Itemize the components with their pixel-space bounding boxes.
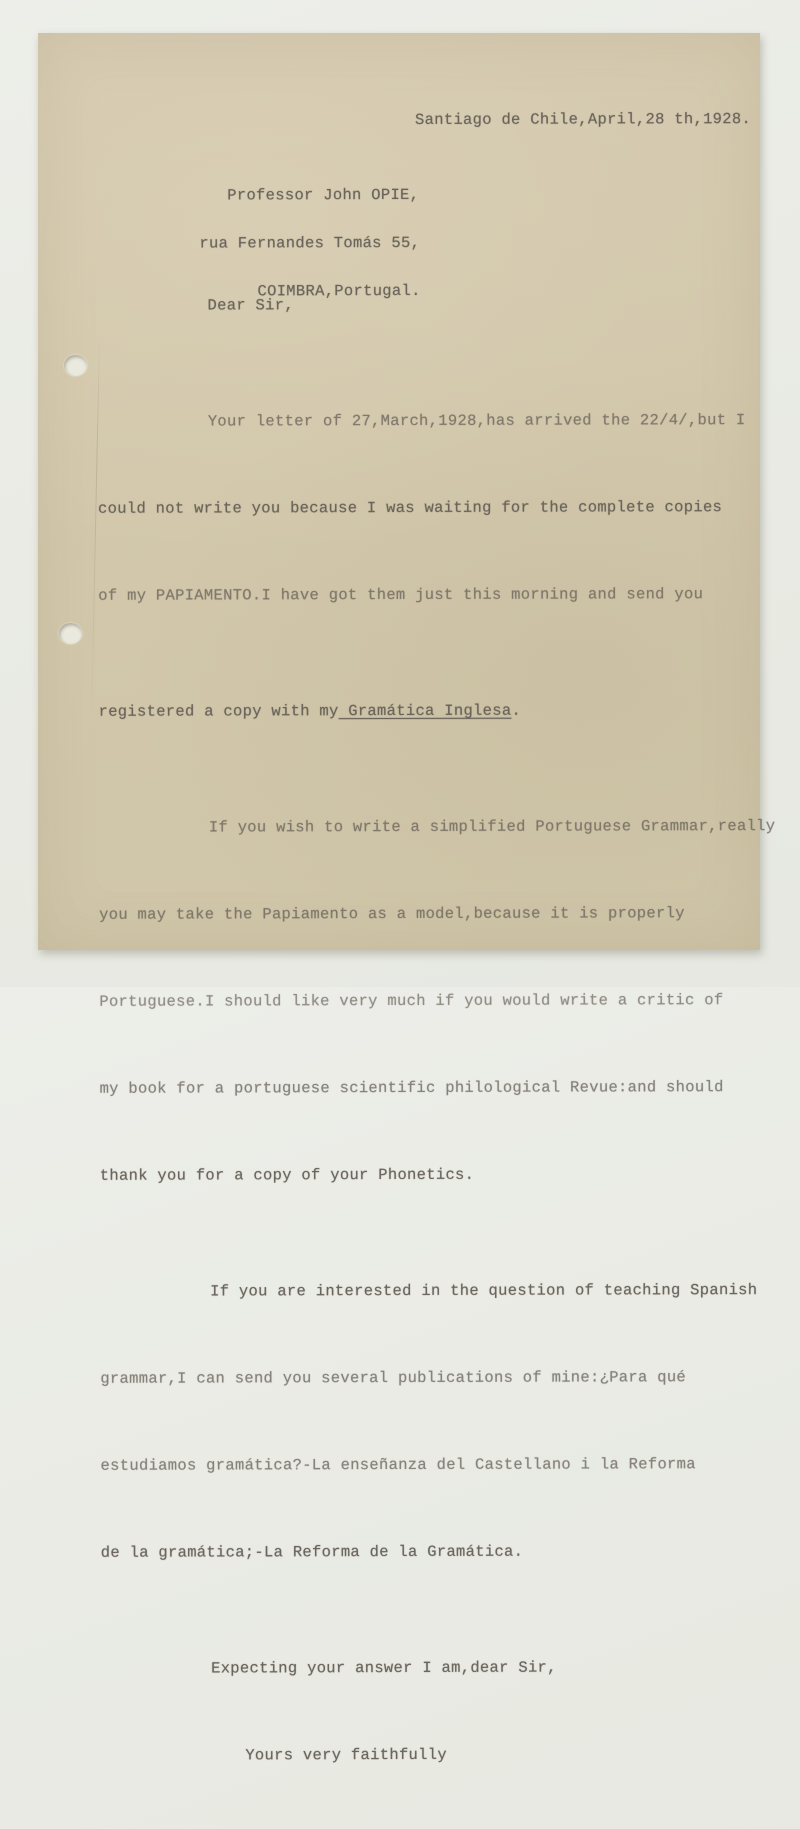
salutation: Dear Sir, xyxy=(97,290,759,321)
body-line: could not write you because I was waitin… xyxy=(98,493,760,524)
underlined-book-title: Gramática Inglesa xyxy=(339,702,512,720)
dateline: Santiago de Chile,April,28 th,1928. xyxy=(415,110,751,129)
body-line: you may take the Papiamento as a model,b… xyxy=(99,899,761,930)
body-line: of my PAPIAMENTO.I have got them just th… xyxy=(98,580,760,611)
letter-content: Santiago de Chile,April,28 th,1928. Prof… xyxy=(37,32,761,951)
registered-suffix: . xyxy=(511,702,521,720)
letter-body: Dear Sir, Your letter of 27,March,1928,h… xyxy=(97,232,763,987)
letter-paper: Santiago de Chile,April,28 th,1928. Prof… xyxy=(38,33,760,950)
address-line-recipient: Professor John OPIE, xyxy=(227,187,420,204)
body-line-registered: registered a copy with my Gramática Ingl… xyxy=(99,696,761,727)
body-line: If you wish to write a simplified Portug… xyxy=(99,812,761,843)
body-line: Your letter of 27,March,1928,has arrived… xyxy=(98,406,760,437)
registered-prefix: registered a copy with my xyxy=(99,702,339,721)
